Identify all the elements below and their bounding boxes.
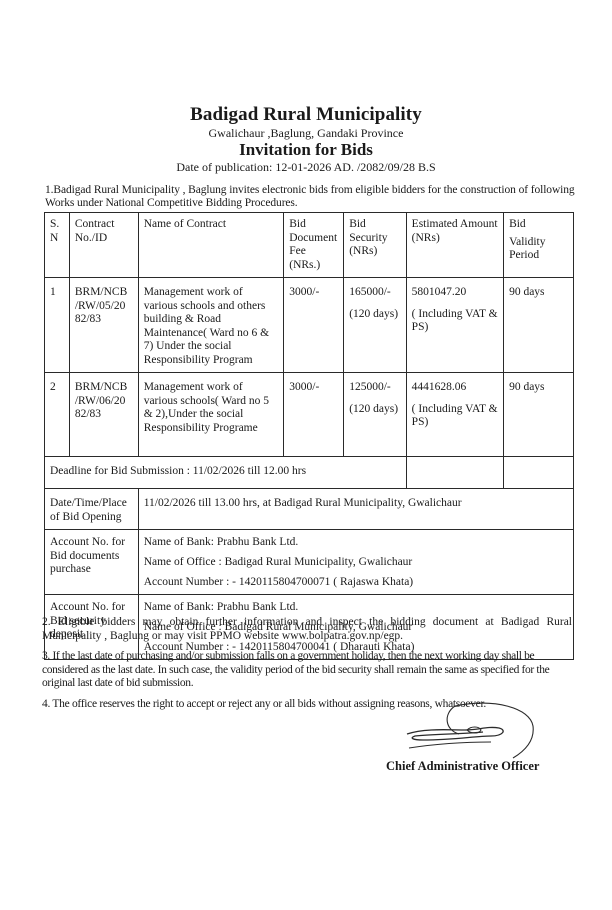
- org-address: Gwalichaur ,Baglung, Gandaki Province: [0, 126, 612, 140]
- estimate-amount: 4441628.06: [412, 381, 467, 393]
- row-sn: 2: [45, 373, 70, 457]
- security-amount: 165000/-: [349, 286, 391, 298]
- header-sn: S. N: [45, 213, 70, 278]
- row-doc-fee: 3000/-: [284, 373, 344, 457]
- row-estimated-amount: 5801047.20 ( Including VAT & PS): [406, 278, 503, 373]
- table-row: 2 BRM/NCB /RW/06/20 82/83 Management wor…: [45, 373, 574, 457]
- header-contract-id: Contract No./ID: [69, 213, 138, 278]
- bank-name: Name of Bank: Prabhu Bank Ltd.: [144, 601, 568, 614]
- row-validity: 90 days: [504, 373, 574, 457]
- account-row-documents: Account No. for Bid documents purchase N…: [45, 530, 574, 595]
- row-contract-id: BRM/NCB /RW/05/20 82/83: [69, 278, 138, 373]
- paragraph-3: 3. If the last date of purchasing and/or…: [42, 650, 572, 691]
- estimate-amount: 5801047.20: [412, 286, 467, 298]
- office-name: Name of Office : Badigad Rural Municipal…: [144, 556, 568, 569]
- header-validity-line2: Validity Period: [509, 236, 545, 262]
- paragraph-2: 2. Eligible bidders may obtain further i…: [42, 616, 572, 643]
- table-header-row: S. N Contract No./ID Name of Contract Bi…: [45, 213, 574, 278]
- row-estimated-amount: 4441628.06 ( Including VAT & PS): [406, 373, 503, 457]
- row-bid-security: 165000/- (120 days): [344, 278, 406, 373]
- signature-icon: [395, 700, 545, 760]
- table-row: 1 BRM/NCB /RW/05/20 82/83 Management wor…: [45, 278, 574, 373]
- intro-paragraph: 1.Badigad Rural Municipality , Baglung i…: [45, 184, 575, 210]
- signatory-title: Chief Administrative Officer: [386, 759, 556, 774]
- bid-opening-label: Date/Time/Place of Bid Opening: [45, 489, 139, 530]
- document-header: Badigad Rural Municipality Gwalichaur ,B…: [0, 104, 612, 174]
- security-days: (120 days): [349, 403, 398, 415]
- bid-opening-value: 11/02/2026 till 13.00 hrs, at Badigad Ru…: [138, 489, 573, 530]
- security-days: (120 days): [349, 308, 398, 320]
- bank-name: Name of Bank: Prabhu Bank Ltd.: [144, 536, 568, 549]
- deadline-empty-cell: [406, 457, 503, 489]
- row-validity: 90 days: [504, 278, 574, 373]
- account-label: Account No. for Bid documents purchase: [45, 530, 139, 595]
- row-bid-security: 125000/- (120 days): [344, 373, 406, 457]
- header-bid-security: Bid Security (NRs): [344, 213, 406, 278]
- estimate-note: ( Including VAT & PS): [412, 403, 498, 429]
- header-estimated-amount: Estimated Amount (NRs): [406, 213, 503, 278]
- security-amount: 125000/-: [349, 381, 391, 393]
- publication-date: Date of publication: 12-01-2026 AD. /208…: [0, 160, 612, 174]
- row-contract-name: Management work of various schools and o…: [138, 278, 284, 373]
- estimate-note: ( Including VAT & PS): [412, 308, 498, 334]
- header-doc-fee: Bid Document Fee (NRs.): [284, 213, 344, 278]
- bid-opening-row: Date/Time/Place of Bid Opening 11/02/202…: [45, 489, 574, 530]
- notice-title: Invitation for Bids: [0, 140, 612, 160]
- deadline-row: Deadline for Bid Submission : 11/02/2026…: [45, 457, 574, 489]
- header-validity-line1: Bid: [509, 218, 526, 230]
- account-number: Account Number : - 1420115804700071 ( Ra…: [144, 576, 568, 589]
- account-details: Name of Bank: Prabhu Bank Ltd. Name of O…: [138, 530, 573, 595]
- deadline-empty-cell: [504, 457, 574, 489]
- org-name: Badigad Rural Municipality: [0, 104, 612, 126]
- deadline-text: Deadline for Bid Submission : 11/02/2026…: [45, 457, 407, 489]
- bids-table: S. N Contract No./ID Name of Contract Bi…: [44, 212, 574, 660]
- row-contract-id: BRM/NCB /RW/06/20 82/83: [69, 373, 138, 457]
- header-validity: Bid Validity Period: [504, 213, 574, 278]
- row-contract-name: Management work of various schools( Ward…: [138, 373, 284, 457]
- row-sn: 1: [45, 278, 70, 373]
- row-doc-fee: 3000/-: [284, 278, 344, 373]
- header-contract-name: Name of Contract: [138, 213, 284, 278]
